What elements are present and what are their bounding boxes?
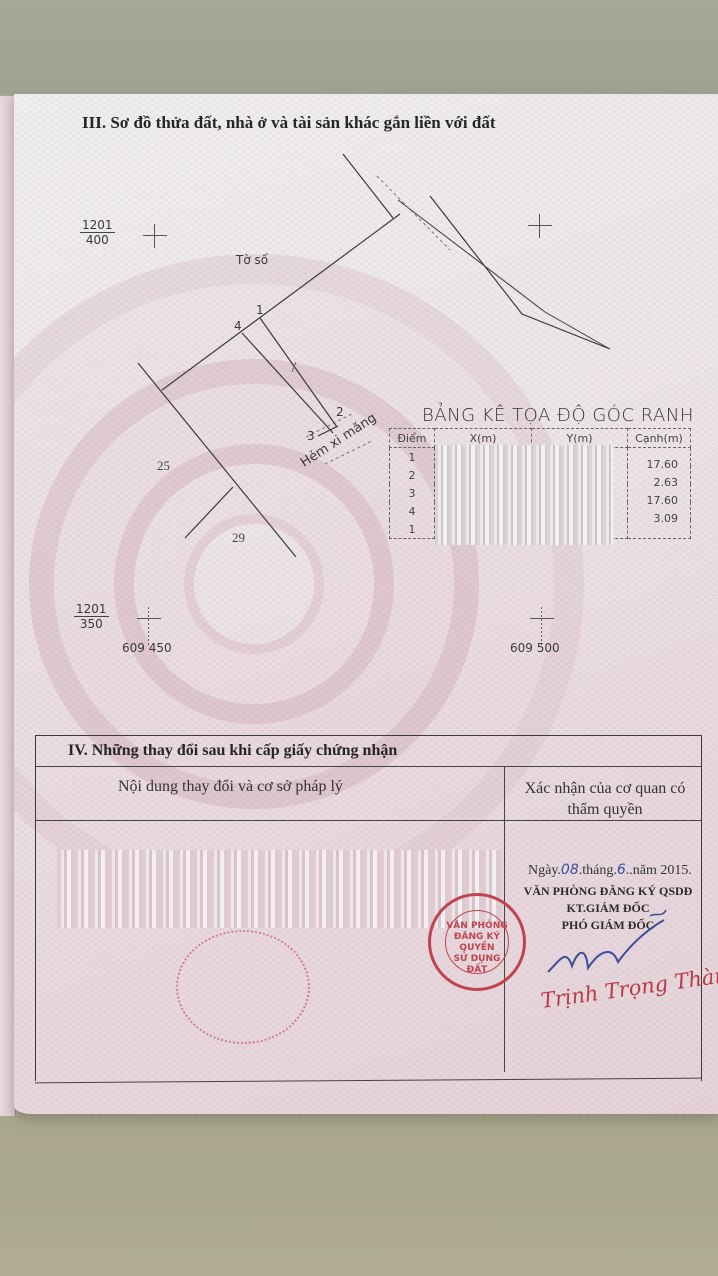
- signature-icon: [0, 0, 718, 1276]
